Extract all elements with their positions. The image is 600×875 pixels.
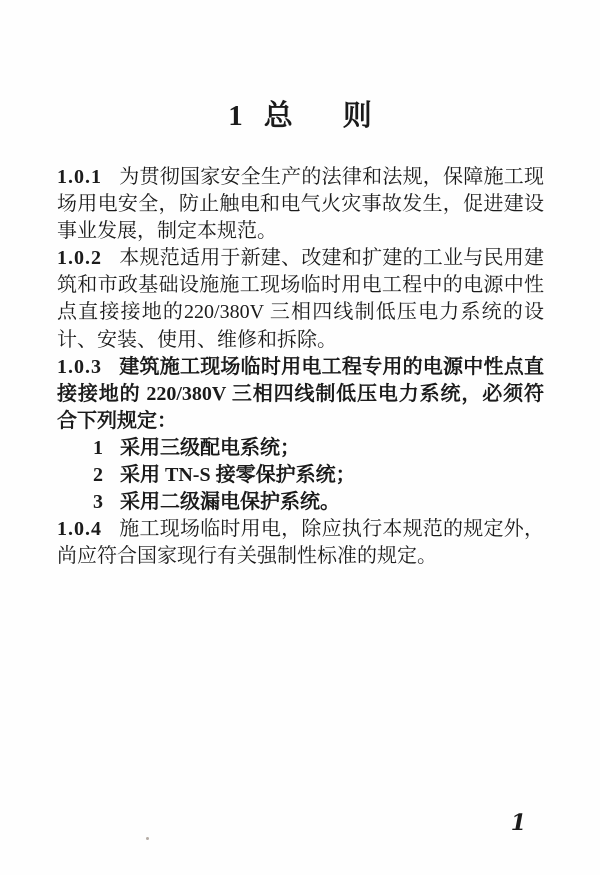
clause-number: 1.0.3 xyxy=(57,356,102,378)
sub-item-text: 采用 TN-S 接零保护系统； xyxy=(120,464,356,486)
page-number: 1 xyxy=(511,810,526,836)
clause-number: 1.0.4 xyxy=(57,518,102,540)
chapter-title-char-2: 则 xyxy=(343,99,372,133)
clause-1-0-1: 1.0.1为贯彻国家安全生产的法律和法规，保障施工现场用电安全，防止触电和电气火… xyxy=(57,164,544,245)
sub-item-text: 采用三级配电系统； xyxy=(120,437,300,459)
clause-1-0-3-item-2: 2采用 TN-S 接零保护系统； xyxy=(57,462,544,489)
clause-text: 为贯彻国家安全生产的法律和法规，保障施工现场用电安全，防止触电和电气火灾事故发生… xyxy=(57,166,544,242)
chapter-title: 1 总 则 xyxy=(0,0,600,133)
sub-item-text: 采用二级漏电保护系统。 xyxy=(120,491,340,513)
sub-item-number: 2 xyxy=(93,464,103,486)
clause-text: 本规范适用于新建、改建和扩建的工业与民用建筑和市政基础设施施工现场临时用电工程中… xyxy=(57,247,544,350)
clause-number: 1.0.2 xyxy=(57,247,102,269)
clause-1-0-3: 1.0.3建筑施工现场临时用电工程专用的电源中性点直接接地的 220/380V … xyxy=(57,354,544,435)
sub-item-number: 1 xyxy=(93,437,103,459)
clause-text: 施工现场临时用电，除应执行本规范的规定外，尚应符合国家现行有关强制性标准的规定。 xyxy=(57,518,544,567)
scan-noise-speck xyxy=(146,837,149,840)
clause-1-0-3-item-1: 1采用三级配电系统； xyxy=(57,435,544,462)
body-text: 1.0.1为贯彻国家安全生产的法律和法规，保障施工现场用电安全，防止触电和电气火… xyxy=(57,164,544,570)
chapter-number: 1 xyxy=(228,99,243,133)
document-page: 1 总 则 1.0.1为贯彻国家安全生产的法律和法规，保障施工现场用电安全，防止… xyxy=(0,0,600,875)
clause-1-0-2: 1.0.2本规范适用于新建、改建和扩建的工业与民用建筑和市政基础设施施工现场临时… xyxy=(57,245,544,353)
sub-item-number: 3 xyxy=(93,491,103,513)
chapter-title-char-1: 总 xyxy=(264,99,293,133)
clause-text: 建筑施工现场临时用电工程专用的电源中性点直接接地的 220/380V 三相四线制… xyxy=(57,356,544,432)
clause-1-0-3-item-3: 3采用二级漏电保护系统。 xyxy=(57,489,544,516)
clause-1-0-4: 1.0.4施工现场临时用电，除应执行本规范的规定外，尚应符合国家现行有关强制性标… xyxy=(57,516,544,570)
clause-number: 1.0.1 xyxy=(57,166,102,188)
